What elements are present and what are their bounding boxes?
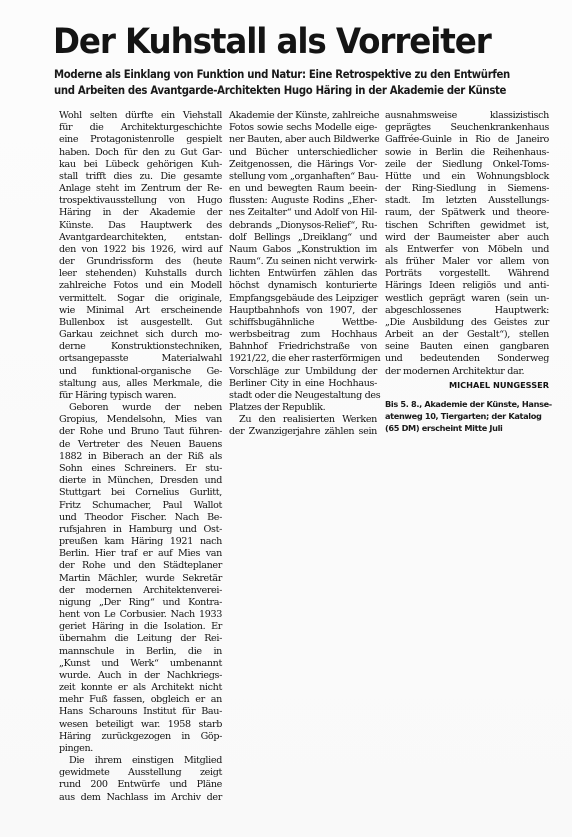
article-column-3: ausnahmsweise klassizistischgeprägtes Se… [385,110,549,392]
article-text-line: höchst dynamisch konturierte [229,280,377,292]
info-line: Bis 5. 8., Akademie der Künste, Hanse- [385,398,560,410]
article-text-line: Naum Gabos „Konstruktion im [229,244,377,256]
article-text-line: Arbeit an der Gestalt“), stellen [385,329,549,341]
article-text-line: eine Protagonistenrolle gespielt [59,134,222,146]
article-text-line: stall trifft dies zu. Die gesamte [59,171,222,183]
article-text-line: raum, der Spätwerk und theore- [385,207,549,219]
article-text-line: staltung aus, alles Merkmale, die [59,378,222,390]
article-text-line: trospektivausstellung von Hugo [59,195,222,207]
article-text-line: vermittelt. Sogar die originale, [59,293,222,305]
article-text-line: Platzes der Republik. [229,402,377,414]
article-text-line: Stuttgart bei Cornelius Gurlitt, [59,487,222,499]
article-text-line: Berlin. Hier traf er auf Mies van [59,548,222,560]
article-text-line: hent von Le Corbusier. Nach 1933 [59,609,222,621]
article-text-line: und bedeutenden Sonderweg [385,353,549,365]
article-text-line: Bullenbox ist ausgestellt. Gut [59,317,222,329]
article-text-line: Härings Ideen religiös und anti- [385,280,549,292]
article-text-line: kau bei Lübeck gehörigen Kuh- [59,159,222,171]
article-text-line: leer stehenden) Kuhstalls durch [59,268,222,280]
article-text-line: Wohl selten dürfte ein Viehstall [59,110,222,122]
article-text-line: wird der Baumeister aber auch [385,232,549,244]
article-text-line: und Theodor Fischer. Nach Be- [59,512,222,524]
article-text-line: Fritz Schumacher, Paul Wallot [59,500,222,512]
article-text-line: der Zwanzigerjahre zählen sein [229,426,377,438]
article-text-line: pingen. [59,743,222,755]
article-text-line: Anlage steht im Zentrum der Re- [59,183,222,195]
article-text-line: der Grundrissform des (heute [59,256,222,268]
article-text-line: Garkau zeichnet sich durch mo- [59,329,222,341]
article-text-line: abgeschlossenes Hauptwerk: [385,305,549,317]
article-text-line: zeile der Siedlung Onkel-Toms- [385,159,549,171]
article-text-line: seine Bauten einen gangbaren [385,341,549,353]
info-line: (65 DM) erscheint Mitte Juli [385,422,560,434]
article-text-line: mehr Fuß fassen, obgleich er an [59,694,222,706]
article-text-line: Hauptbahnhofs von 1907, der [229,305,377,317]
article-text-line: für Häring typisch waren. [59,390,222,402]
article-text-line: übernahm die Leitung der Rei- [59,633,222,645]
article-text-line: der Rohe und Bruno Taut führen- [59,426,222,438]
deck-line: Moderne als Einklang von Funktion und Na… [54,67,561,83]
article-text-line: Hans Scharouns Institut für Bau- [59,706,222,718]
article-text-line: Häring zurückgezogen in Göp- [59,731,222,743]
article-text-line: werbsbeitrag zum Hochhaus [229,329,377,341]
article-text-line: en und bewegten Raum beein- [229,183,377,195]
article-text-line: schiffsbugähnliche Wettbe- [229,317,377,329]
headline: Der Kuhstall als Vorreiter [53,22,491,62]
article-text-line: stadt oder die Neugestaltung des [229,390,377,402]
article-text-line: de Vertreter des Neuen Bauens [59,439,222,451]
author-byline: MICHAEL NUNGESSER [385,379,549,392]
article-text-line: „Kunst und Werk“ umbenannt [59,658,222,670]
article-text-line: als früher Maler vor allem von [385,256,549,268]
article-text-line: Gropius, Mendelsohn, Mies van [59,414,222,426]
article-text-line: der Rohe und den Städteplaner [59,560,222,572]
article-text-line: und Bücher unterschiedlicher [229,147,377,159]
article-text-line: derne Konstruktionstechniken, [59,341,222,353]
info-line: atenweg 10, Tiergarten; der Katalog [385,410,560,422]
article-text-line: Berliner City in eine Hochhaus- [229,378,377,390]
article-text-line: für die Architekturgeschichte [59,122,222,134]
article-text-line: westlich geprägt waren (sein un- [385,293,549,305]
article-text-line: Fotos sowie sechs Modelle eige- [229,122,377,134]
deck-line: und Arbeiten des Avantgarde-Architekten … [54,83,561,99]
article-text-line: nes Zeitalter“ und Adolf von Hil- [229,207,377,219]
article-text-line: zahlreiche Fotos und ein Modell [59,280,222,292]
article-text-line: rund 200 Entwürfe und Pläne [59,779,222,791]
article-text-line: wesen beteiligt war. 1958 starb [59,719,222,731]
article-text-line: ner Bauten, aber auch Bildwerke [229,134,377,146]
article-text-line: 1921/22, die eher rasterförmigen [229,353,377,365]
article-text-line: Gaffrée-Guinle in Rio de Janeiro [385,134,549,146]
article-text-line: gewidmete Ausstellung zeigt [59,767,222,779]
article-text-line: nigung „Der Ring“ und Kontra- [59,597,222,609]
article-text-line: dolf Bellings „Dreiklang“ und [229,232,377,244]
article-text-line: und funktional-organische Ge- [59,366,222,378]
article-text-line: geriet Häring in die Isolation. Er [59,621,222,633]
article-text-line: Empfangsgebäude des Leipziger [229,293,377,305]
article-text-line: debrands „Dionysos-Relief“, Ru- [229,220,377,232]
article-text-line: „Die Ausbildung des Geistes zur [385,317,549,329]
article-text-line: rufsjahren in Hamburg und Ost- [59,524,222,536]
article-text-line: ortsangepasste Materialwahl [59,353,222,365]
article-text-line: dierte in München, Dresden und [59,475,222,487]
article-text-line: Die ihrem einstigen Mitglied [59,755,222,767]
article-text-line: Porträts vorgestellt. Während [385,268,549,280]
article-text-line: flussten: Auguste Rodins „Eher- [229,195,377,207]
article-text-line: Künste. Das Hauptwerk des [59,220,222,232]
article-column-2: Akademie der Künste, zahlreicheFotos sow… [229,110,377,439]
article-text-line: der Ring-Siedlung in Siemens- [385,183,549,195]
article-text-line: Hütte und ein Wohnungsblock [385,171,549,183]
article-text-line: 1882 in Biberach an der Riß als [59,451,222,463]
article-text-line: als Entwerfer von Möbeln und [385,244,549,256]
article-text-line: Sohn eines Schreiners. Er stu- [59,463,222,475]
article-text-line: stadt. Im letzten Ausstellungs- [385,195,549,207]
article-text-line: den von 1922 bis 1926, wird auf [59,244,222,256]
article-text-line: Akademie der Künste, zahlreiche [229,110,377,122]
article-text-line: mannschule in Berlin, die in [59,646,222,658]
article-text-line: Martin Mächler, wurde Sekretär [59,573,222,585]
article-text-line: der modernen Architektenverei- [59,585,222,597]
deck-subheadline: Moderne als Einklang von Funktion und Na… [54,67,561,98]
article-text-line: Häring in der Akademie der [59,207,222,219]
article-text-line: wurde. Auch in der Nachkriegs- [59,670,222,682]
article-text-line: Zu den realisierten Werken [229,414,377,426]
article-text-line: wie Minimal Art erscheinende [59,305,222,317]
article-text-line: Geboren wurde der neben [59,402,222,414]
article-text-line: preußen kam Häring 1921 nach [59,536,222,548]
article-text-line: lichten Entwürfen zählen das [229,268,377,280]
article-text-line: aus dem Nachlass im Archiv der [59,792,222,804]
article-text-line: stellung vom „organhaften“ Bau- [229,171,377,183]
article-text-line: Raum“. Zu seinen nicht verwirk- [229,256,377,268]
article-column-1: Wohl selten dürfte ein Viehstallfür die … [59,110,222,804]
article-text-line: Avantgardearchitekten, entstan- [59,232,222,244]
article-text-line: Zeitgenossen, die Härings Vor- [229,159,377,171]
newspaper-page: Der Kuhstall als Vorreiter Moderne als E… [0,0,572,837]
article-text-line: tischen Schriften gewidmet ist, [385,220,549,232]
article-text-line: Vorschläge zur Umbildung der [229,366,377,378]
article-text-line: geprägtes Seuchenkrankenhaus [385,122,549,134]
article-text-line: sowie in Berlin die Reihenhaus- [385,147,549,159]
article-text-line: haben. Doch für den zu Gut Gar- [59,147,222,159]
exhibition-info: Bis 5. 8., Akademie der Künste, Hanse- a… [385,398,560,435]
article-text-line: ausnahmsweise klassizistisch [385,110,549,122]
article-text-line: zeit konnte er als Architekt nicht [59,682,222,694]
article-text-line: Bahnhof Friedrichstraße von [229,341,377,353]
article-text-line: der modernen Architektur dar. [385,366,549,378]
